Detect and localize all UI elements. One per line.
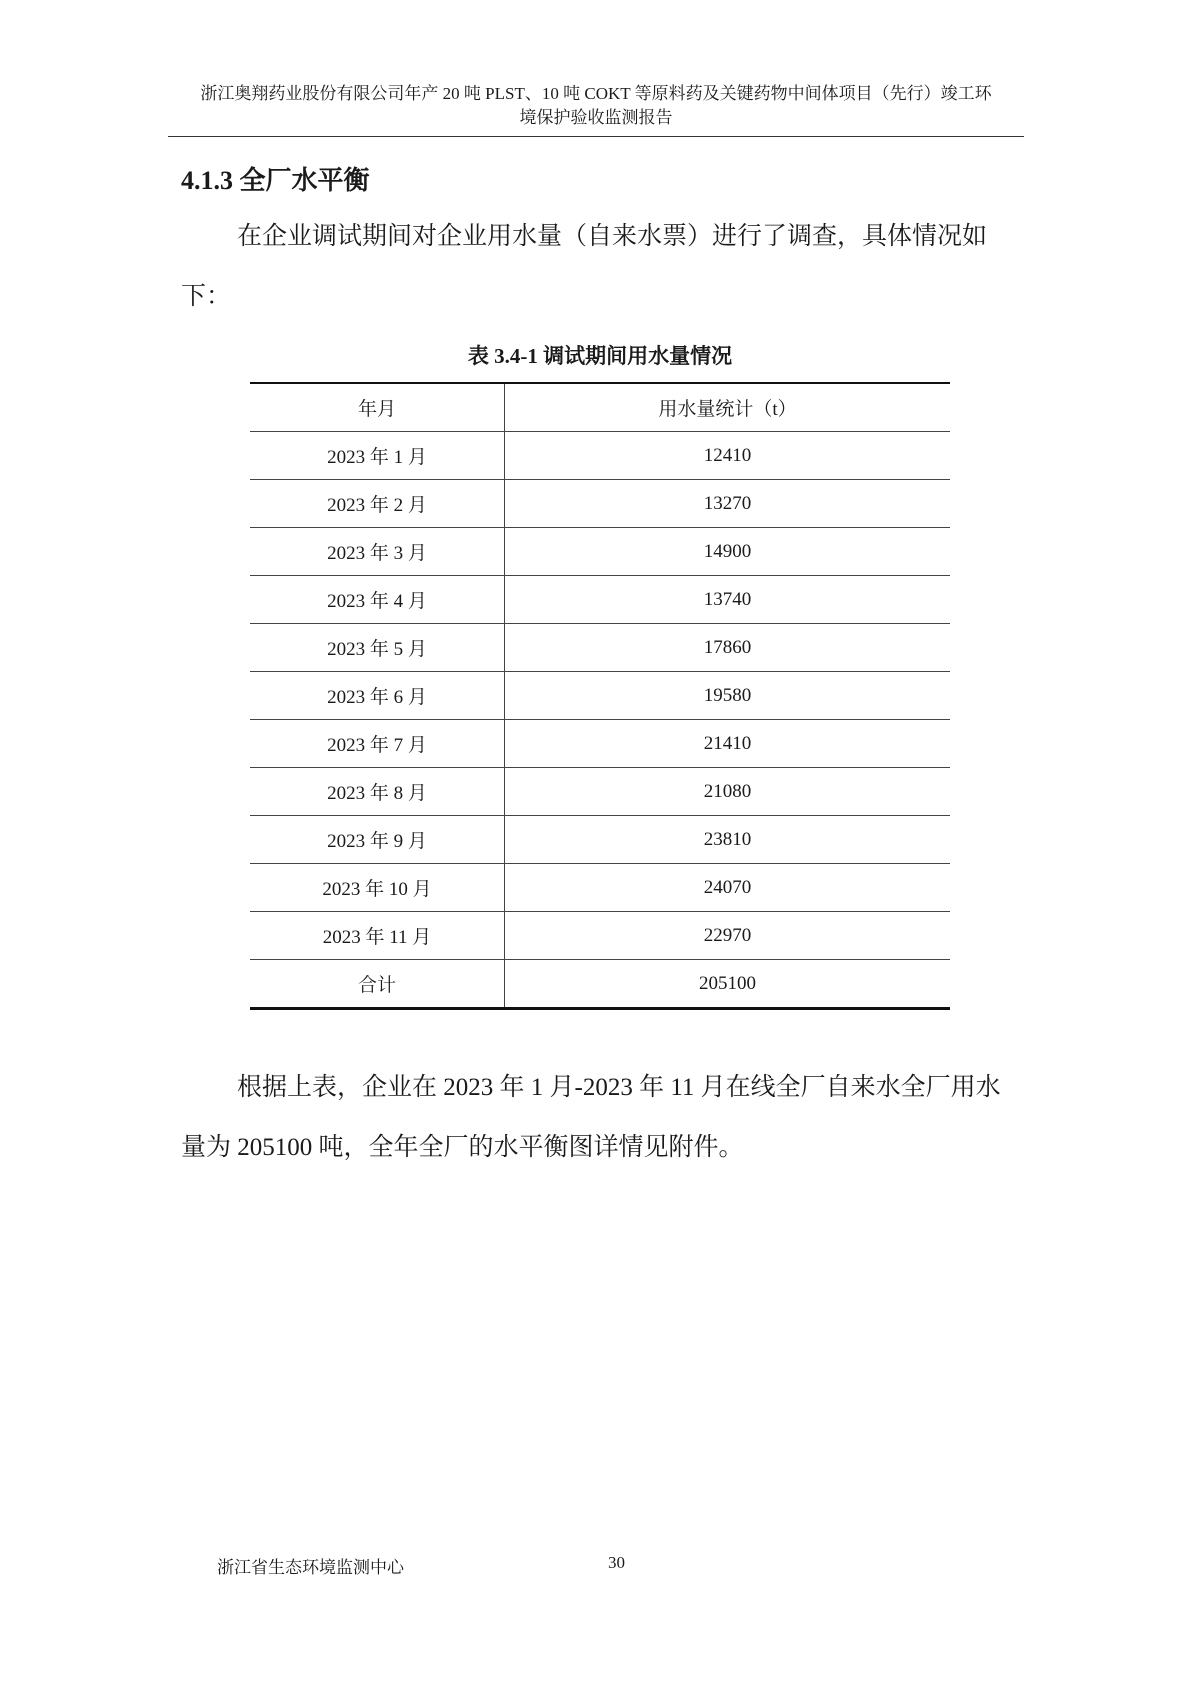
header-title-line2: 境保护验收监测报告: [168, 106, 1024, 130]
table-header-row: 年月 用水量统计（t）: [250, 383, 950, 432]
table-row: 2023 年 11 月 22970: [250, 912, 950, 960]
table-row: 2023 年 8 月 21080: [250, 768, 950, 816]
month-cell: 2023 年 2 月: [250, 480, 505, 528]
table-caption: 表 3.4-1 调试期间用水量情况: [250, 340, 950, 370]
usage-cell: 24070: [505, 864, 951, 912]
header-title-line1: 浙江奥翔药业股份有限公司年产 20 吨 PLST、10 吨 COKT 等原料药及…: [168, 82, 1024, 106]
month-cell: 2023 年 6 月: [250, 672, 505, 720]
table-row: 2023 年 9 月 23810: [250, 816, 950, 864]
intro-paragraph: 在企业调试期间对企业用水量（自来水票）进行了调查，具体情况如下：: [181, 207, 1021, 327]
usage-cell: 22970: [505, 912, 951, 960]
total-value-cell: 205100: [505, 960, 951, 1009]
conclusion-paragraph: 根据上表，企业在 2023 年 1 月-2023 年 11 月在线全厂自来水全厂…: [181, 1058, 1021, 1178]
column-header-usage: 用水量统计（t）: [505, 383, 951, 432]
usage-cell: 21080: [505, 768, 951, 816]
table-row: 2023 年 5 月 17860: [250, 624, 950, 672]
usage-cell: 23810: [505, 816, 951, 864]
month-cell: 2023 年 3 月: [250, 528, 505, 576]
table-row: 2023 年 3 月 14900: [250, 528, 950, 576]
table-row: 2023 年 1 月 12410: [250, 432, 950, 480]
water-usage-table: 年月 用水量统计（t） 2023 年 1 月 12410 2023 年 2 月 …: [250, 382, 950, 1010]
month-cell: 2023 年 10 月: [250, 864, 505, 912]
usage-cell: 12410: [505, 432, 951, 480]
table-row: 2023 年 10 月 24070: [250, 864, 950, 912]
page-number: 30: [608, 1553, 625, 1573]
footer-organization: 浙江省生态环境监测中心: [217, 1553, 404, 1578]
month-cell: 2023 年 7 月: [250, 720, 505, 768]
section-title: 4.1.3 全厂水平衡: [181, 160, 370, 197]
table-total-row: 合计 205100: [250, 960, 950, 1009]
table-row: 2023 年 4 月 13740: [250, 576, 950, 624]
month-cell: 2023 年 9 月: [250, 816, 505, 864]
month-cell: 2023 年 5 月: [250, 624, 505, 672]
usage-cell: 17860: [505, 624, 951, 672]
usage-cell: 19580: [505, 672, 951, 720]
header-divider: [168, 136, 1024, 137]
table-row: 2023 年 6 月 19580: [250, 672, 950, 720]
month-cell: 2023 年 1 月: [250, 432, 505, 480]
page-header: 浙江奥翔药业股份有限公司年产 20 吨 PLST、10 吨 COKT 等原料药及…: [168, 82, 1024, 130]
table-row: 2023 年 7 月 21410: [250, 720, 950, 768]
total-label-cell: 合计: [250, 960, 505, 1009]
usage-cell: 13270: [505, 480, 951, 528]
column-header-month: 年月: [250, 383, 505, 432]
month-cell: 2023 年 8 月: [250, 768, 505, 816]
table-row: 2023 年 2 月 13270: [250, 480, 950, 528]
usage-cell: 13740: [505, 576, 951, 624]
usage-cell: 14900: [505, 528, 951, 576]
month-cell: 2023 年 11 月: [250, 912, 505, 960]
usage-cell: 21410: [505, 720, 951, 768]
month-cell: 2023 年 4 月: [250, 576, 505, 624]
